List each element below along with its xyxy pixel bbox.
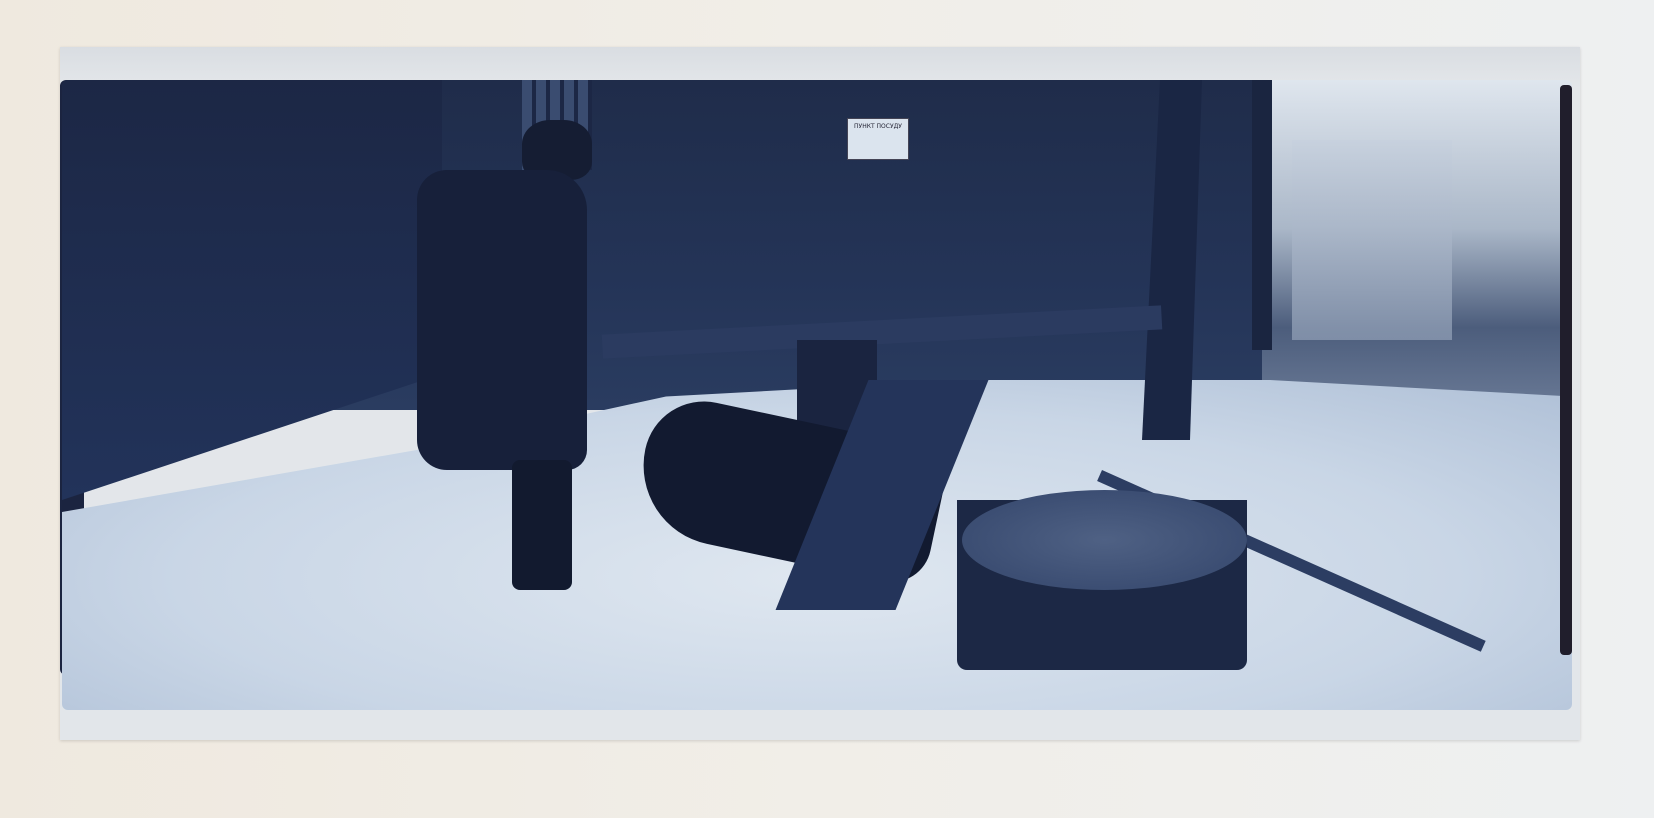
- officer-coat: [417, 170, 587, 470]
- print-right-edge: [1560, 85, 1572, 655]
- wall-shadow: [62, 80, 442, 500]
- officer-legs: [512, 460, 572, 590]
- standing-officer: [417, 120, 592, 550]
- round-stump-top: [962, 490, 1247, 590]
- wall-sign: ПУНКТ ПОСУДУ: [847, 118, 909, 160]
- tree-trunk-thin: [1252, 80, 1272, 350]
- distant-building: [1292, 140, 1452, 340]
- cyanotype-photo: ПУНКТ ПОСУДУ: [62, 80, 1572, 710]
